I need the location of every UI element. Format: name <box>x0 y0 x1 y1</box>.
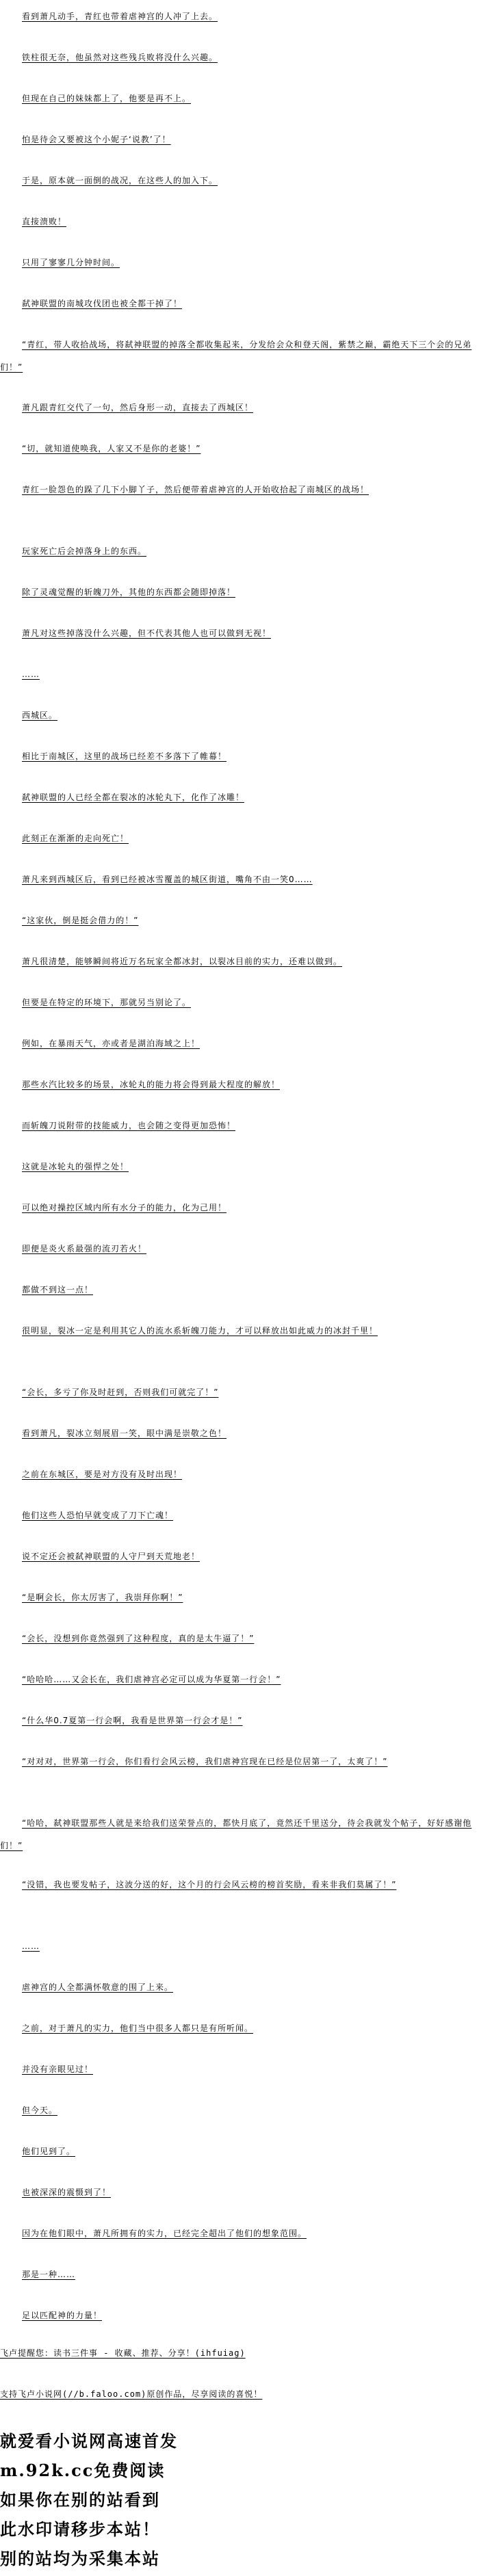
paragraph: “哈哈哈……又会长在，我们虐神宫必定可以成为华夏第一行会！” <box>0 1669 472 1691</box>
paragraph-text: 西城区。 <box>22 711 57 720</box>
paragraph: 之前，对于萧凡的实力，他们当中很多人都只是有所听闻。 <box>0 2017 472 2040</box>
paragraph-text: “青红，带人收拾战场，将弑神联盟的掉落全都收集起来，分发给会众和登天阁，紫禁之巅… <box>0 340 471 372</box>
paragraph-text: 说不定还会被弑神联盟的人守尸到天荒地老！ <box>22 1552 200 1561</box>
paragraph: 可以绝对操控区域内所有水分子的能力，化为己用！ <box>0 1197 472 1219</box>
paragraph: 都做不到这一点！ <box>0 1279 472 1301</box>
paragraph-text: 因为在他们眼中，萧凡所拥有的实力，已经完全超出了他们的想象范围。 <box>22 2229 307 2238</box>
paragraph: 这就是冰轮丸的强悍之处！ <box>0 1156 472 1178</box>
paragraph-text: 直接溃败！ <box>22 217 66 226</box>
paragraph: 因为在他们眼中，萧凡所拥有的实力，已经完全超出了他们的想象范围。 <box>0 2222 472 2245</box>
paragraph-text: “切，就知道使唤我，人家又不是你的老婆！” <box>22 444 200 453</box>
paragraph: 萧凡很清楚，能够瞬间将近万名玩家全都冰封，以裂冰目前的实力，还难以做到。 <box>0 951 472 973</box>
paragraph-text: “哈哈哈……又会长在，我们虐神宫必定可以成为华夏第一行会！” <box>22 1675 281 1684</box>
paragraph-text: 萧凡来到西城区后，看到已经被冰雪覆盖的城区街道，嘴角不由一笑0…… <box>22 875 313 884</box>
paragraph-text: 看到萧凡，裂冰立刻展眉一笑，眼中满是崇敬之色！ <box>22 1429 226 1438</box>
paragraph: “会长，没想到你竟然强到了这种程度，真的是太牛逼了！” <box>0 1628 472 1650</box>
footer-notice: 支持飞卢小说网(//b.faloo.com)原创作品，尽享阅读的喜悦！ <box>0 2388 262 2400</box>
paragraph: 看到萧凡，裂冰立刻展眉一笑，眼中满是崇敬之色！ <box>0 1422 472 1445</box>
paragraph: 之前在东城区，要是对方没有及时出现！ <box>0 1463 472 1486</box>
paragraph: 于是，原本就一面倒的战况，在这些人的加入下。 <box>0 170 472 192</box>
paragraph: 青红一脸怨色的跺了几下小脚丫子，然后便带着虐神宫的人开始收拾起了南城区的战场！ <box>0 479 472 501</box>
paragraph-text: 铁柱很无奈，他虽然对这些残兵败将没什么兴趣。 <box>22 53 218 62</box>
paragraph: “会长，多亏了你及时赶到，否则我们可就完了！” <box>0 1381 472 1404</box>
paragraph: 他们见到了。 <box>0 2140 472 2163</box>
paragraph-text: 而斩魄刀说附带的技能威力，也会随之变得更加恐怖！ <box>22 1121 235 1130</box>
paragraph-text: …… <box>22 1941 40 1951</box>
paragraph: 足以匹配神的力量！ <box>0 2305 472 2327</box>
paragraph: “什么华0.7夏第一行会啊，我看是世界第一行会才是！” <box>0 1710 472 1732</box>
watermark-line: 如果你在别的站看到 <box>0 2485 246 2514</box>
paragraph: 但现在自己的妹妹都上了，他要是再不上。 <box>0 88 472 110</box>
paragraph-text: “哈哈，弑神联盟那些人就是来给我们送荣誉点的，都快月底了，竟然还千里送分，待会我… <box>0 1818 471 1850</box>
paragraph: 也被深深的震慑到了！ <box>0 2181 472 2204</box>
paragraph: 西城区。 <box>0 704 472 727</box>
paragraph: 说不定还会被弑神联盟的人守尸到天荒地老！ <box>0 1545 472 1568</box>
paragraph: 并没有亲眼见过！ <box>0 2058 472 2081</box>
paragraph: “这家伙，倒是挺会借力的！” <box>0 909 472 932</box>
paragraph: 弑神联盟的人已经全都在裂冰的冰轮丸下，化作了冰雕！ <box>0 786 472 809</box>
paragraph: 但要是在特定的环境下，那就另当别论了。 <box>0 992 472 1014</box>
paragraph-text: 但今天。 <box>22 2106 57 2115</box>
paragraph-text: 弑神联盟的人已经全都在裂冰的冰轮丸下，化作了冰雕！ <box>22 793 244 802</box>
paragraph-text: 并没有亲眼见过！ <box>22 2064 93 2074</box>
paragraph-text: 那些水汽比较多的场景，冰轮丸的能力将会得到最大程度的解放！ <box>22 1080 280 1089</box>
paragraph-text: 萧凡对这些掉落没什么兴趣，但不代表其他人也可以做到无视！ <box>22 628 271 638</box>
paragraph: 他们这些人恐怕早就变成了刀下亡魂！ <box>0 1504 472 1527</box>
paragraph-text: 青红一脸怨色的跺了几下小脚丫子，然后便带着虐神宫的人开始收拾起了南城区的战场！ <box>22 485 369 494</box>
paragraph-text: “对对对，世界第一行会，你们看行会风云榜，我们虐神宫现在已经是位居第一了，太爽了… <box>22 1757 387 1766</box>
footer-notice-text: 支持飞卢小说网(//b.faloo.com)原创作品，尽享阅读的喜悦！ <box>0 2389 262 2399</box>
paragraph-text: 即便是炎火系最强的流刃若火！ <box>22 1244 146 1253</box>
paragraph: 此刻正在渐渐的走向死亡！ <box>0 827 472 850</box>
paragraph-text: “会长，多亏了你及时赶到，否则我们可就完了！” <box>22 1387 218 1397</box>
paragraph: 弑神联盟的南城攻伐团也被全都干掉了！ <box>0 293 472 315</box>
paragraph-text: 足以匹配神的力量！ <box>22 2311 102 2320</box>
paragraph: 相比于南城区，这里的战场已经差不多落下了帷幕！ <box>0 745 472 768</box>
watermark-line: 此水印请移步本站！ <box>0 2514 246 2544</box>
paragraph-text: “会长，没想到你竟然强到了这种程度，真的是太牛逼了！” <box>22 1634 254 1643</box>
paragraph: 那是一种…… <box>0 2263 472 2286</box>
paragraph: 很明显，裂冰一定是利用其它人的流水系斩魄刀能力，才可以释放出如此威力的冰封千里！ <box>0 1320 472 1342</box>
paragraph: 玩家死亡后会掉落身上的东西。 <box>0 540 472 563</box>
paragraph-text: 相比于南城区，这里的战场已经差不多落下了帷幕！ <box>22 752 226 761</box>
paragraph: 直接溃败！ <box>0 211 472 233</box>
paragraph-text: “是啊会长，你太厉害了，我崇拜你啊！” <box>22 1593 183 1602</box>
footer-notice: 飞卢提醒您：读书三件事 - 收藏、推荐、分享！(ihfuiag) <box>0 2347 246 2359</box>
paragraph-text: 他们见到了。 <box>22 2147 75 2156</box>
paragraph-text: 之前，对于萧凡的实力，他们当中很多人都只是有所听闻。 <box>22 2023 253 2033</box>
paragraph: 而斩魄刀说附带的技能威力，也会随之变得更加恐怖！ <box>0 1115 472 1137</box>
paragraph: …… <box>0 663 472 686</box>
paragraph-text: “没错，我也要发帖子，这波分送的好，这个月的行会风云榜的榜首奖励，看来非我们莫属… <box>22 1880 396 1889</box>
paragraph: “没错，我也要发帖子，这波分送的好，这个月的行会风云榜的榜首奖励，看来非我们莫属… <box>0 1874 472 1896</box>
paragraph-text: 只用了寥寥几分钟时间。 <box>22 258 120 267</box>
paragraph-text: 玩家死亡后会掉落身上的东西。 <box>22 546 146 556</box>
paragraph-text: 于是，原本就一面倒的战况，在这些人的加入下。 <box>22 176 218 185</box>
paragraph-text: 这就是冰轮丸的强悍之处！ <box>22 1162 129 1171</box>
paragraph: 除了灵魂觉醒的斩魄刀外，其他的东西都会随即掉落！ <box>0 581 472 604</box>
watermark-line: 别的站均为采集本站 <box>0 2544 246 2573</box>
paragraph: 铁柱很无奈，他虽然对这些残兵败将没什么兴趣。 <box>0 47 472 69</box>
paragraph: 但今天。 <box>0 2099 472 2122</box>
paragraph-text: 怕是待会又要被这个小妮子‘说教’了！ <box>22 135 171 144</box>
paragraph: 即便是炎火系最强的流刃若火！ <box>0 1238 472 1260</box>
paragraph-text: …… <box>22 669 40 679</box>
paragraph-text: 但要是在特定的环境下，那就另当别论了。 <box>22 998 191 1007</box>
paragraph-text: 弑神联盟的南城攻伐团也被全都干掉了！ <box>22 299 182 308</box>
paragraph: “青红，带人收拾战场，将弑神联盟的掉落全都收集起来，分发给会众和登天阁，紫禁之巅… <box>0 334 472 379</box>
paragraph: 那些水汽比较多的场景，冰轮丸的能力将会得到最大程度的解放！ <box>0 1074 472 1096</box>
paragraph: …… <box>0 1935 472 1958</box>
paragraph: “切，就知道使唤我，人家又不是你的老婆！” <box>0 438 472 460</box>
watermark-line: 就爱看小说网高速首发 <box>0 2426 246 2456</box>
paragraph-text: 虐神宫的人全都满怀敬意的围了上来。 <box>22 1982 173 1992</box>
paragraph: “是啊会长，你太厉害了，我崇拜你啊！” <box>0 1586 472 1609</box>
paragraph-text: 很明显，裂冰一定是利用其它人的流水系斩魄刀能力，才可以释放出如此威力的冰封千里！ <box>22 1326 378 1336</box>
paragraph-text: “这家伙，倒是挺会借力的！” <box>22 916 138 925</box>
paragraph-text: 他们这些人恐怕早就变成了刀下亡魂！ <box>22 1511 173 1520</box>
paragraph-text: 之前在东城区，要是对方没有及时出现！ <box>22 1470 182 1479</box>
paragraph: 看到萧凡动手，青红也带着虐神宫的人冲了上去。 <box>0 5 472 28</box>
paragraph: 萧凡来到西城区后，看到已经被冰雪覆盖的城区街道，嘴角不由一笑0…… <box>0 868 472 891</box>
paragraph-text: 例如，在暴雨天气，亦或者是湖泊海域之上！ <box>22 1039 200 1048</box>
paragraph: “对对对，世界第一行会，你们看行会风云榜，我们虐神宫现在已经是位居第一了，太爽了… <box>0 1751 472 1773</box>
paragraph: 虐神宫的人全都满怀敬意的围了上来。 <box>0 1976 472 1999</box>
paragraph-text: 那是一种…… <box>22 2270 75 2279</box>
paragraph: 萧凡跟青红交代了一句，然后身形一动，直接去了西城区！ <box>0 397 472 419</box>
paragraph-text: 也被深深的震慑到了！ <box>22 2188 111 2197</box>
watermark-line: m.92k.cc免费阅读 <box>0 2456 246 2485</box>
paragraph: 只用了寥寥几分钟时间。 <box>0 252 472 274</box>
paragraph-text: 萧凡跟青红交代了一句，然后身形一动，直接去了西城区！ <box>22 403 253 412</box>
paragraph: 例如，在暴雨天气，亦或者是湖泊海域之上！ <box>0 1033 472 1055</box>
paragraph-text: 此刻正在渐渐的走向死亡！ <box>22 834 129 843</box>
paragraph-text: 萧凡很清楚，能够瞬间将近万名玩家全都冰封，以裂冰目前的实力，还难以做到。 <box>22 957 342 966</box>
watermark-block: 就爱看小说网高速首发 m.92k.cc免费阅读 如果你在别的站看到 此水印请移步… <box>0 2426 246 2573</box>
paragraph: “哈哈，弑神联盟那些人就是来给我们送荣誉点的，都快月底了，竟然还千里送分，待会我… <box>0 1812 472 1857</box>
paragraph-text: 除了灵魂觉醒的斩魄刀外，其他的东西都会随即掉落！ <box>22 587 235 597</box>
paragraph-text: 看到萧凡动手，青红也带着虐神宫的人冲了上去。 <box>22 12 218 21</box>
paragraph-text: 都做不到这一点！ <box>22 1285 93 1294</box>
paragraph-text: 但现在自己的妹妹都上了，他要是再不上。 <box>22 94 191 103</box>
paragraph: 怕是待会又要被这个小妮子‘说教’了！ <box>0 129 472 151</box>
footer-notice-text: 飞卢提醒您：读书三件事 - 收藏、推荐、分享！(ihfuiag) <box>0 2348 246 2358</box>
paragraph-text: 可以绝对操控区域内所有水分子的能力，化为己用！ <box>22 1203 226 1212</box>
paragraph: 萧凡对这些掉落没什么兴趣，但不代表其他人也可以做到无视！ <box>0 622 472 645</box>
paragraph-text: “什么华0.7夏第一行会啊，我看是世界第一行会才是！” <box>22 1716 243 1725</box>
